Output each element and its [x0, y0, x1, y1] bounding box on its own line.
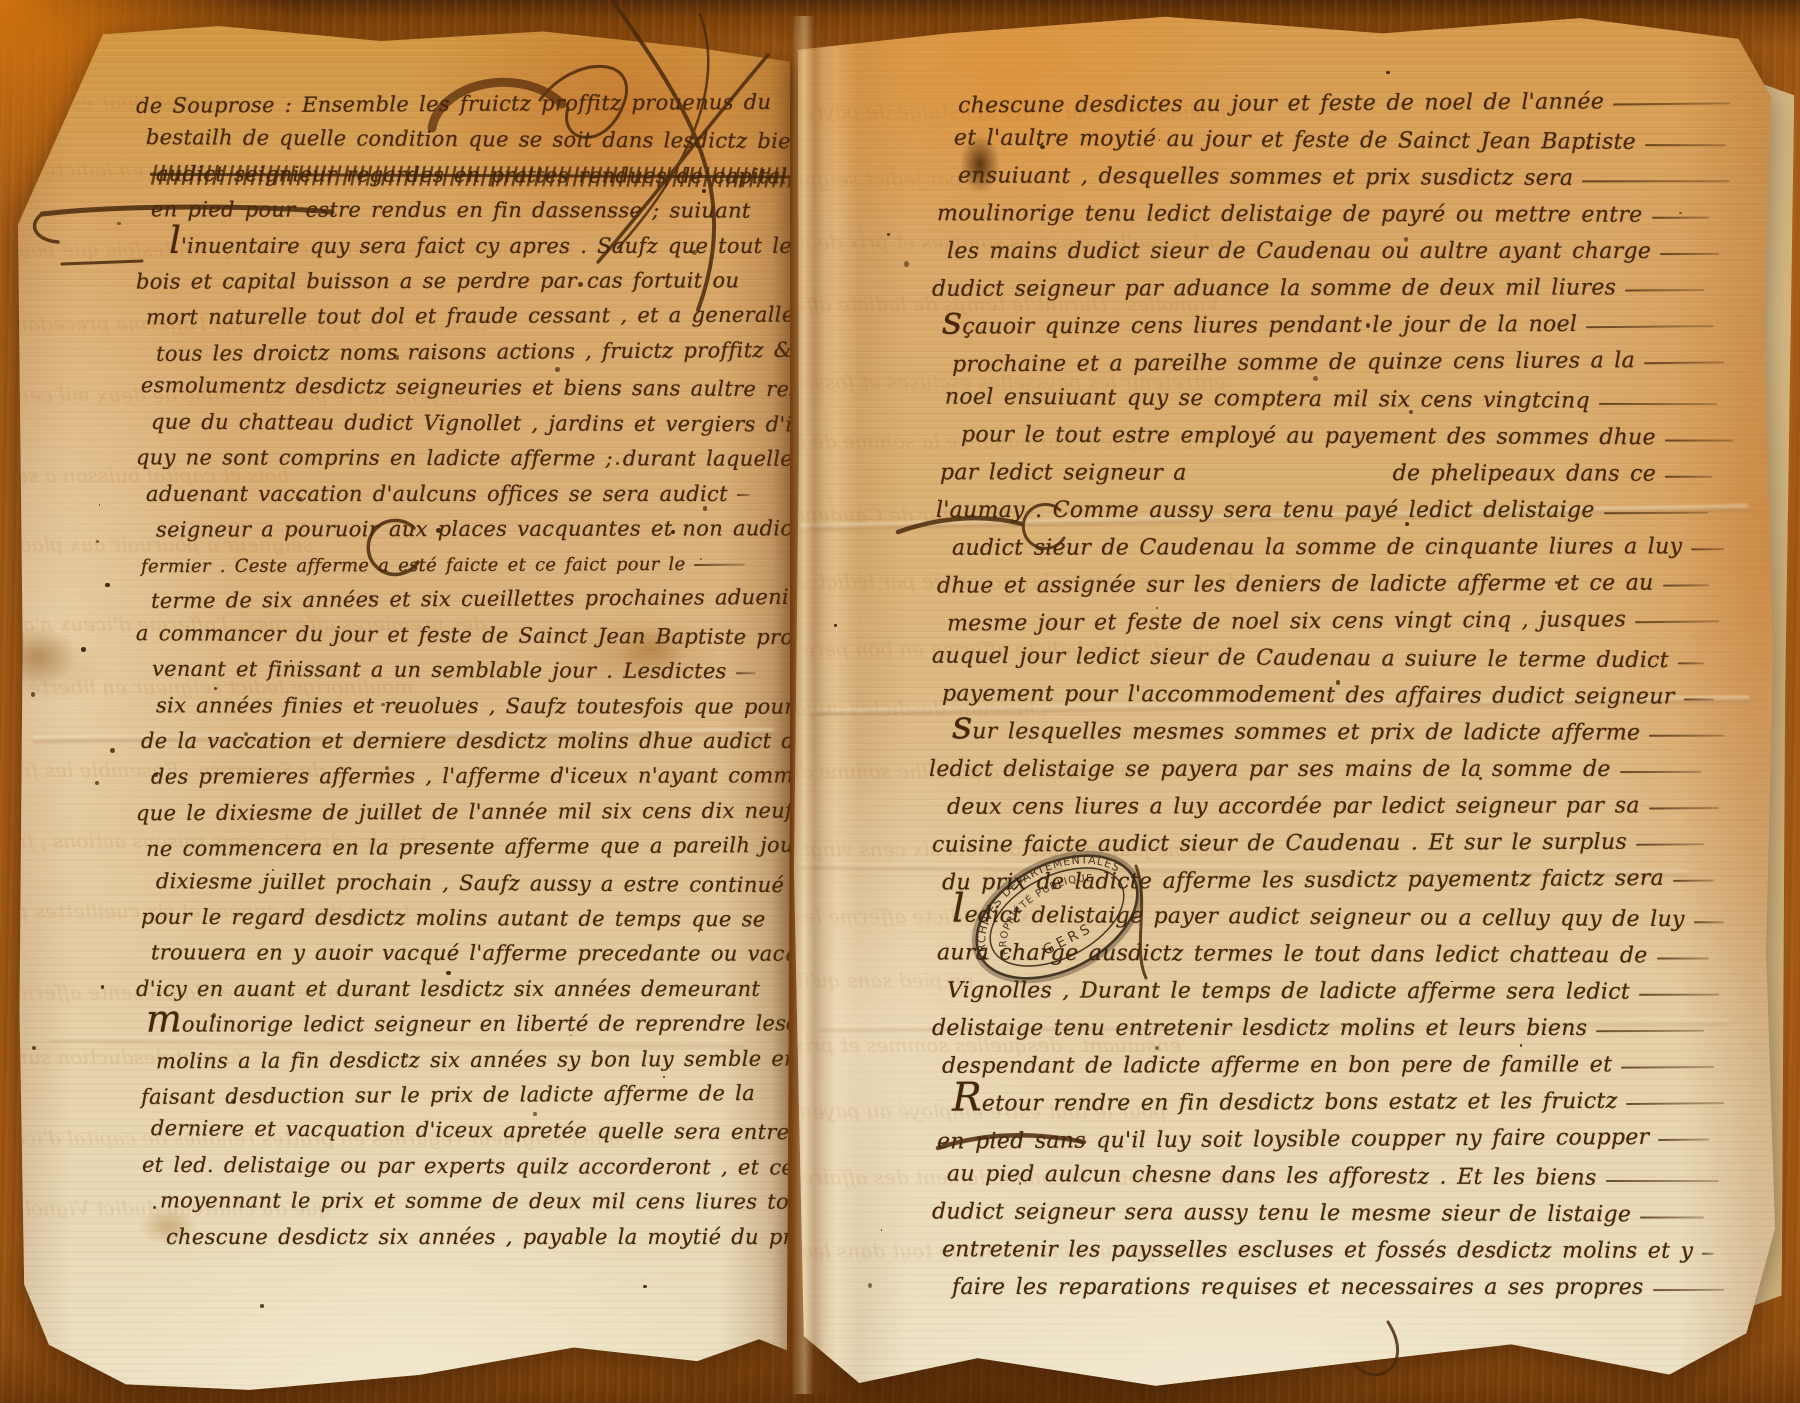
manuscript-line-left-13: seigneur a pouruoir aux places vacquante… — [156, 504, 762, 541]
manuscript-line-right-19: ledict delistaige se payera par ses main… — [929, 744, 1703, 781]
manuscript-line-right-30: au pied aulcun chesne dans les afforestz… — [947, 1149, 1721, 1191]
manuscript-line-right-24: aura charge ausdictz termes le tout dans… — [937, 927, 1711, 967]
manuscript-line-right-26: delistaige tenu entretenir lesdictz moli… — [932, 1003, 1706, 1040]
ink-speck — [117, 222, 121, 225]
manuscript-line-left-3: audict seignieur regardes en prattes ren… — [156, 150, 762, 188]
manuscript-line-left-11: quy ne sont comprins en ladicte afferme … — [136, 433, 742, 470]
ink-speck — [99, 504, 101, 506]
manuscript-line-left-26: d'icy en auant et durant lesdictz six an… — [136, 965, 742, 1000]
ink-speck — [95, 781, 99, 785]
manuscript-line-right-6: dudict seigneur par aduance la somme de … — [932, 262, 1706, 301]
manuscript-line-right-18: sur lesquelles mesmes sommes et prix de … — [952, 706, 1726, 745]
manuscript-line-right-5: les mains dudict sieur de Caudenau ou au… — [947, 226, 1721, 263]
manuscript-line-left-22: ne commencera en la presente afferme que… — [146, 821, 752, 860]
ink-speck — [643, 1285, 647, 1288]
manuscript-line-right-13: audict sieur de Caudenau la somme de cin… — [952, 521, 1726, 560]
ink-speck — [19, 92, 24, 96]
ink-speck — [260, 1304, 265, 1308]
manuscript-line-right-7: sçauoir quinze cens liures pendant le jo… — [942, 298, 1716, 338]
ink-speck — [32, 1046, 36, 1051]
manuscript-line-left-9: esmolumentz desdictz seigneuries et bien… — [141, 361, 747, 400]
ink-speck — [101, 985, 105, 989]
manuscript-line-left-17: venant et finissant a un semblable jour … — [152, 645, 758, 683]
manuscript-line-right-17: payement pour l'accommodement des affair… — [942, 668, 1716, 708]
manuscript-line-right-28: Retour rendre en fin desdictz bons estat… — [952, 1075, 1726, 1115]
manuscript-line-right-9: noel ensuiuant quy se comptera mil six c… — [945, 372, 1719, 414]
manuscript-line-left-32: moyennant le prix et somme de deux mil c… — [160, 1176, 766, 1213]
manuscript-line-right-12: l'aumay . Comme aussy sera tenu payé led… — [936, 485, 1710, 522]
manuscript-line-left-1: de Souprose : Ensemble les fruictz proff… — [136, 78, 742, 117]
ink-speck — [881, 1229, 883, 1230]
manuscript-line-left-19: de la vaccation et derniere desdictz mol… — [141, 717, 747, 752]
manuscript-line-right-27: despendant de ladicte afferme en bon per… — [942, 1039, 1716, 1078]
manuscript-line-left-33: chescune desdictz six années , payable l… — [166, 1213, 772, 1248]
ink-speck — [834, 624, 837, 627]
manuscript-line-left-7: mort naturelle tout dol et fraude cessan… — [146, 291, 752, 329]
manuscript-line-right-20: deux cens liures a luy accordée par ledi… — [947, 780, 1721, 819]
manuscript-line-left-23: dixiesme juillet prochain , Saufz aussy … — [156, 857, 762, 896]
ink-speck — [105, 583, 109, 588]
manuscript-line-right-32: entretenir les paysselles escluses et fo… — [942, 1224, 1716, 1263]
manuscript-line-left-29: faisant desduction sur le prix de ladict… — [141, 1069, 747, 1108]
manuscript-line-right-15: mesme jour et feste de noel six cens vin… — [947, 594, 1721, 636]
manuscript-line-left-12: aduenant vaccation d'aulcuns offices se … — [146, 469, 752, 504]
manuscript-line-right-14: dhue et assignée sur les deniers de ladi… — [937, 557, 1711, 597]
manuscript-line-left-18: six années finies et reuolues , Saufz to… — [156, 681, 762, 718]
manuscript-line-left-2: bestailh de quelle condition que se soit… — [146, 113, 752, 152]
manuscript-line-left-25: trouuera en y auoir vacqué l'afferme pre… — [151, 929, 757, 966]
manuscript-line-right-31: dudict seigneur sera aussy tenu le mesme… — [932, 1186, 1706, 1226]
manuscript-line-right-23: ledict delistaige payer audict seigneur … — [952, 890, 1726, 932]
manuscript-photo: de Souprose : Ensemble les fruictz proff… — [0, 0, 1800, 1403]
ink-speck — [887, 233, 890, 236]
manuscript-line-right-8: prochaine et a pareilhe somme de quinze … — [952, 335, 1726, 377]
ink-speck — [81, 647, 86, 652]
manuscript-line-left-31: et led. delistaige ou par experts quilz … — [142, 1140, 748, 1178]
ink-speck — [31, 692, 35, 697]
ink-speck — [96, 540, 99, 543]
left-page-text: de Souprose : Ensemble les fruictz proff… — [146, 80, 752, 1248]
manuscript-line-left-6: bois et capital buisson a se perdre par … — [136, 256, 742, 293]
manuscript-line-left-27: moulinorige ledict seigneur en liberté d… — [146, 1000, 752, 1037]
right-page: chescune desdictes au jour et feste de n… — [790, 14, 1778, 1394]
manuscript-line-right-16: auquel jour ledict sieur de Caudenau a s… — [932, 631, 1706, 673]
manuscript-line-left-28: molins a la fin desdictz six années sy b… — [156, 1034, 762, 1072]
ink-speck — [904, 261, 909, 266]
manuscript-line-right-25: Vignolles , Durant le temps de ladicte a… — [947, 965, 1721, 1004]
paper-stain — [0, 626, 78, 686]
manuscript-line-left-5: l'inuentaire quy sera faict cy apres . S… — [169, 222, 775, 257]
ink-speck — [23, 78, 28, 83]
manuscript-line-right-33: faire les reparations requises et necess… — [952, 1262, 1726, 1299]
manuscript-line-left-15: terme de six années et six cueillettes p… — [151, 574, 757, 613]
right-page-text: chescune desdictes au jour et feste de n… — [942, 78, 1716, 1299]
left-page-paper: de Souprose : Ensemble les fruictz proff… — [18, 26, 790, 1394]
manuscript-line-right-3: ensuiuant , desquelles sommes et prix su… — [958, 150, 1732, 190]
manuscript-line-left-14: fermier . Ceste afferme a esté faicte et… — [141, 539, 747, 577]
manuscript-line-right-21: cuisine faicte audict sieur de Caudenau … — [932, 816, 1706, 856]
manuscript-line-left-24: pour le regard desdictz molins autant de… — [141, 893, 747, 931]
manuscript-line-right-11: par ledict seigneur a de phelipeaux dans… — [940, 447, 1714, 486]
manuscript-line-right-22: du prix de ladicte afferme les susdictz … — [942, 853, 1716, 895]
manuscript-line-left-20: des premieres affermes , l'afferme d'ice… — [151, 752, 757, 789]
manuscript-line-left-8: tous les droictz noms raisons actions , … — [156, 326, 762, 365]
right-page-paper: chescune desdictes au jour et feste de n… — [790, 14, 1778, 1394]
manuscript-line-left-16: a commancer du jour et feste de Sainct J… — [136, 609, 742, 648]
manuscript-line-left-30: derniere et vacquation d'iceux apretée q… — [151, 1104, 757, 1143]
manuscript-line-right-4: moulinorige tenu ledict delistaige de pa… — [937, 188, 1711, 227]
manuscript-line-left-4: en pied pour estre rendus en fin dassens… — [151, 186, 757, 223]
ink-speck — [110, 748, 115, 753]
manuscript-line-right-1: chescune desdictes au jour et feste de n… — [958, 76, 1732, 118]
manuscript-line-left-21: que le dixiesme de juillet de l'année mi… — [136, 787, 742, 825]
left-page: de Souprose : Ensemble les fruictz proff… — [18, 26, 790, 1394]
manuscript-line-right-29: en pied sans qu'il luy soit loysible cou… — [937, 1112, 1711, 1154]
ink-speck — [1386, 71, 1390, 75]
manuscript-line-left-10: que du chatteau dudict Vignollet , jardi… — [151, 397, 757, 435]
manuscript-line-right-2: et l'aultre moytié au jour et feste de S… — [954, 113, 1728, 155]
manuscript-line-right-10: pour le tout estre employé au payement d… — [961, 409, 1735, 449]
ink-speck — [868, 1283, 872, 1288]
